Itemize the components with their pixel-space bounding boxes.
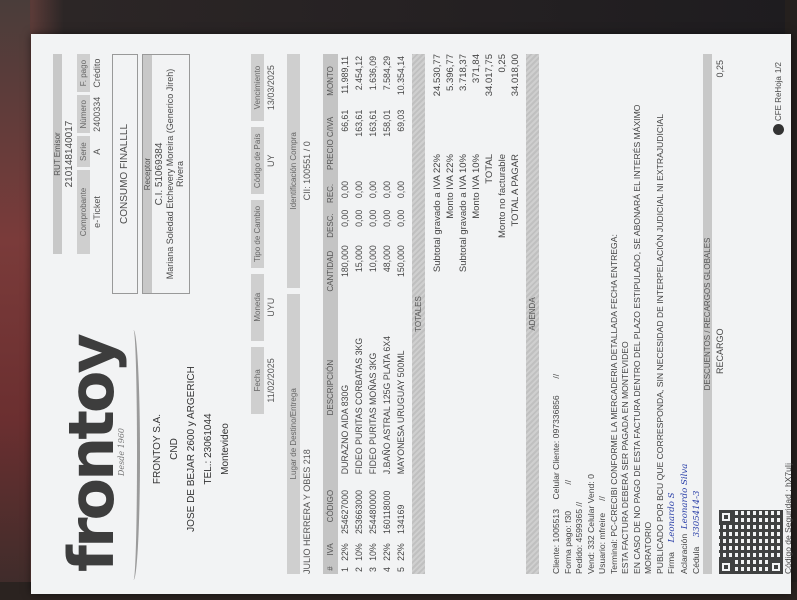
- adenda-legal-1: ESTA FACTURA DEBERÁ SER PAGADA EN MONTEV…: [620, 54, 632, 574]
- vencimiento-label: Vencimiento: [251, 54, 264, 121]
- table-cell: 11.989,11: [338, 54, 352, 108]
- destination-row: Lugar de Destino/EntregaJULIO HERRERA Y …: [287, 54, 314, 574]
- moneda-value: UYU: [264, 274, 278, 341]
- issuer-info: FRONTOY S.A. CND JOSE DE BEJAR 2600 y AR…: [149, 354, 234, 544]
- totals-value: 3.718,37: [457, 54, 470, 134]
- qr-code-icon: [719, 510, 783, 574]
- adenda-legal-3: PUBLICADO POR BCU QUE CORRESPONDA, SIN N…: [654, 54, 666, 574]
- photo-background-left: [0, 0, 30, 600]
- codigo-pais-value: UY: [264, 127, 278, 194]
- table-cell: 22%: [338, 536, 352, 563]
- table-cell: 0,00: [338, 179, 352, 208]
- aclaracion-label: Aclaración: [678, 534, 688, 574]
- table-cell: 0,00: [338, 208, 352, 243]
- items-table-wrap: #IVACÓDIGODESCRIPCIÓNCANTIDADDESC.REC.PR…: [323, 54, 539, 574]
- table-row: 210%253663000FIDEO PURITAS CORBATAS 3KG1…: [352, 54, 366, 574]
- table-row: 422%160118000J.BAÑO ASTRAL 125G PLATA 6X…: [380, 54, 394, 574]
- fecha-value: 11/02/2025: [264, 347, 278, 414]
- totals-value: 371,84: [470, 54, 483, 134]
- table-cell: 22%: [380, 536, 394, 563]
- totals-value: 34.018,00: [509, 54, 522, 134]
- totals-line: Monto no facturable0,25: [496, 54, 509, 574]
- receptor-name: Mariana Soledad Etchevery Moreira (Gener…: [165, 55, 175, 293]
- table-cell: FIDEO PURITAS CORBATAS 3KG: [352, 299, 366, 476]
- table-cell: DURAZNO AIDA 830G: [338, 299, 352, 476]
- column-header: DESCRIPCIÓN: [323, 299, 338, 476]
- receptor-label: Receptor: [143, 55, 152, 293]
- issuer-phone: TEL.: 23061044: [200, 354, 217, 544]
- adenda-celular-cliente: Celular Cliente: 097336856: [551, 395, 561, 499]
- adenda-cliente: Cliente: 1005513: [551, 509, 561, 574]
- rut-label: RUT Emisor: [53, 54, 62, 254]
- footer: Código de Seguridad : hX7uIj CFE ReHoja …: [721, 54, 791, 574]
- rut-value: 210148140017: [62, 54, 77, 254]
- ident-label: Identificación Compra: [287, 54, 300, 288]
- totals-label: Subtotal gravado a IVA 22%: [431, 134, 444, 324]
- table-cell: 150,000: [394, 243, 408, 299]
- totals-line: TOTAL34.017,75: [483, 54, 496, 574]
- receptor-ci: C.I. 51069384: [152, 55, 165, 293]
- serie-value: A: [90, 136, 104, 167]
- fecha-label: Fecha: [251, 347, 264, 414]
- totals-value: 24.530,77: [431, 54, 444, 134]
- table-cell: 0,00: [352, 208, 366, 243]
- issuer-name: FRONTOY S.A.: [149, 354, 166, 544]
- firma-label: Firma: [666, 552, 676, 574]
- adenda-section: Cliente: 1005513 Celular Cliente: 097336…: [551, 54, 704, 574]
- receptor-box: Receptor C.I. 51069384 Mariana Soledad E…: [142, 54, 190, 294]
- table-cell: 1: [338, 563, 352, 574]
- totals-line: Subtotal gravado a IVA 22%24.530,77: [431, 54, 444, 574]
- adenda-title: ADENDA: [526, 54, 539, 574]
- table-row: 310%254480000FIDEO PURITAS MOÑAS 3KG10,0…: [366, 54, 380, 574]
- adenda-forma-pago: Forma pago: f30: [562, 511, 572, 574]
- comprobante-value: e-Ticket: [90, 170, 104, 254]
- table-cell: 66,61: [338, 108, 352, 179]
- table-cell: 0,00: [352, 179, 366, 208]
- tipo-cambio-label: Tipo de Cambio: [251, 200, 264, 267]
- moneda-label: Moneda: [251, 274, 264, 341]
- table-cell: 2: [352, 563, 366, 574]
- fpago-value: Crédito: [90, 54, 104, 92]
- table-cell: 48,000: [380, 243, 394, 299]
- table-cell: 254480000: [366, 476, 380, 536]
- table-cell: 22%: [394, 536, 408, 563]
- table-cell: 0,00: [394, 179, 408, 208]
- table-cell: 15,000: [352, 243, 366, 299]
- table-cell: 0,00: [380, 179, 394, 208]
- table-cell: FIDEO PURITAS MOÑAS 3KG: [366, 299, 380, 476]
- column-header: CÓDIGO: [323, 476, 338, 536]
- table-cell: 69,03: [394, 108, 408, 179]
- discounts-title: DESCUENTOS / RECARGOS GLOBALES: [703, 54, 712, 574]
- column-header: DESC.: [323, 208, 338, 243]
- totals-line: TOTAL A PAGAR34.018,00: [509, 54, 522, 574]
- table-cell: 10,000: [366, 243, 380, 299]
- cfe-logo-icon: [773, 124, 784, 135]
- table-cell: 158,01: [380, 108, 394, 179]
- adenda-terminal: Terminal: PC-CRECIBI CONFORME LA MERCADE…: [608, 54, 620, 574]
- comprobante-label: Comprobante: [77, 170, 90, 254]
- fpago-label: F. pago: [77, 54, 90, 92]
- adenda-vend: Vend: 332 Celular Vend: 0: [585, 54, 597, 574]
- security-code: Código de Seguridad : hX7uIj: [783, 463, 793, 574]
- totals-label: Monto no facturable: [496, 134, 509, 324]
- separator: //: [597, 496, 607, 501]
- table-cell: 0,00: [394, 208, 408, 243]
- column-header: #: [323, 563, 338, 574]
- logo-tagline: Desde 1960: [117, 428, 126, 476]
- table-cell: 0,00: [366, 179, 380, 208]
- tipo-cambio-value: [264, 200, 268, 267]
- table-cell: 134169: [394, 476, 408, 536]
- table-row: 122%254627000DURAZNO AIDA 830G180,0000,0…: [338, 54, 352, 574]
- invoice-paper: frontoy Desde 1960 FRONTOY S.A. CND JOSE…: [31, 34, 791, 594]
- numero-label: Número: [77, 95, 90, 133]
- table-cell: 180,000: [338, 243, 352, 299]
- page-number: 1/2: [774, 62, 783, 73]
- table-cell: 10%: [366, 536, 380, 563]
- totals-line: Subtotal gravado a IVA 10%3.718,37: [457, 54, 470, 574]
- totals-title: TOTALES: [412, 54, 425, 574]
- table-cell: J.BAÑO ASTRAL 125G PLATA 6X4: [380, 299, 394, 476]
- table-cell: 3: [366, 563, 380, 574]
- receptor-city: Rivera: [175, 55, 185, 293]
- totals-value: 0,25: [496, 54, 509, 134]
- codigo-pais-label: Código de País: [251, 127, 264, 194]
- table-cell: 0,00: [366, 208, 380, 243]
- issuer-address: JOSE DE BEJAR 2600 y ARGERICH: [183, 354, 200, 544]
- table-cell: 2.454,12: [352, 54, 366, 108]
- totals-list: Subtotal gravado a IVA 22%24.530,77Monto…: [431, 54, 522, 574]
- column-header: IVA: [323, 536, 338, 563]
- column-header: PRECIO C/IVA: [323, 108, 338, 179]
- table-cell: 10%: [352, 536, 366, 563]
- table-cell: 7.584,29: [380, 54, 394, 108]
- vencimiento-value: 13/03/2025: [264, 54, 278, 121]
- lugar-value: JULIO HERRERA Y OBES 218: [300, 294, 314, 574]
- separator: //: [562, 480, 572, 485]
- serie-label: Serie: [77, 136, 90, 167]
- lugar-label: Lugar de Destino/Entrega: [287, 294, 300, 574]
- totals-line: Monto IVA 22%5.396,77: [444, 54, 457, 574]
- numero-value: 2400334: [90, 95, 104, 133]
- table-cell: 254627000: [338, 476, 352, 536]
- table-cell: MAYONESA URUGUAY 500ML: [394, 299, 408, 476]
- table-cell: 160118000: [380, 476, 394, 536]
- table-cell: 5: [394, 563, 408, 574]
- totals-label: Monto IVA 10%: [470, 134, 483, 324]
- totals-value: 5.396,77: [444, 54, 457, 134]
- consumo-final-box: CONSUMO FINALLLL: [112, 54, 138, 294]
- totals-label: TOTAL A PAGAR: [509, 134, 522, 324]
- totals-label: Subtotal gravado a IVA 10%: [457, 134, 470, 324]
- table-cell: 163,61: [366, 108, 380, 179]
- cfe-brand: CFE ReHoja: [774, 76, 783, 121]
- column-header: CANTIDAD: [323, 243, 338, 299]
- table-cell: 10.354,14: [394, 54, 408, 108]
- cedula-label: Cédula: [691, 547, 701, 574]
- table-cell: 163,61: [352, 108, 366, 179]
- aclaracion-handwritten: Leonardo Silva: [679, 464, 689, 530]
- totals-label: Monto IVA 22%: [444, 134, 457, 324]
- totals-line: Monto IVA 10%371,84: [470, 54, 483, 574]
- table-cell: 1.636,09: [366, 54, 380, 108]
- cedula-handwritten: 3305414-3: [692, 491, 702, 538]
- table-cell: 4: [380, 563, 394, 574]
- adenda-usuario: Usuario: mfreire: [597, 513, 607, 574]
- adenda-pedido: Pedido: 4599365 //: [574, 54, 586, 574]
- totals-label: TOTAL: [483, 134, 496, 324]
- items-table: #IVACÓDIGODESCRIPCIÓNCANTIDADDESC.REC.PR…: [323, 54, 408, 574]
- column-header: REC.: [323, 179, 338, 208]
- table-cell: 253663000: [352, 476, 366, 536]
- adenda-legal-2: EN CASO DE NO PAGO DE ESTA FACTURA DENTR…: [631, 54, 654, 574]
- ident-value: CII: 100551 / 0: [300, 54, 314, 288]
- firma-handwritten: Leonardo S: [667, 492, 677, 542]
- meta-row: Fecha11/02/2025 MonedaUYU Tipo de Cambio…: [251, 54, 278, 414]
- table-cell: 0,00: [380, 208, 394, 243]
- totals-value: 34.017,75: [483, 54, 496, 134]
- table-row: 522%134169MAYONESA URUGUAY 500ML150,0000…: [394, 54, 408, 574]
- column-header: MONTO: [323, 54, 338, 108]
- document-header: RUT Emisor 210148140017 Comprobantee-Tic…: [53, 54, 190, 294]
- issuer-branch: CND: [166, 354, 183, 544]
- logo-swoosh-icon: [127, 330, 140, 580]
- separator: //: [551, 374, 561, 379]
- issuer-city: Montevideo: [217, 354, 234, 544]
